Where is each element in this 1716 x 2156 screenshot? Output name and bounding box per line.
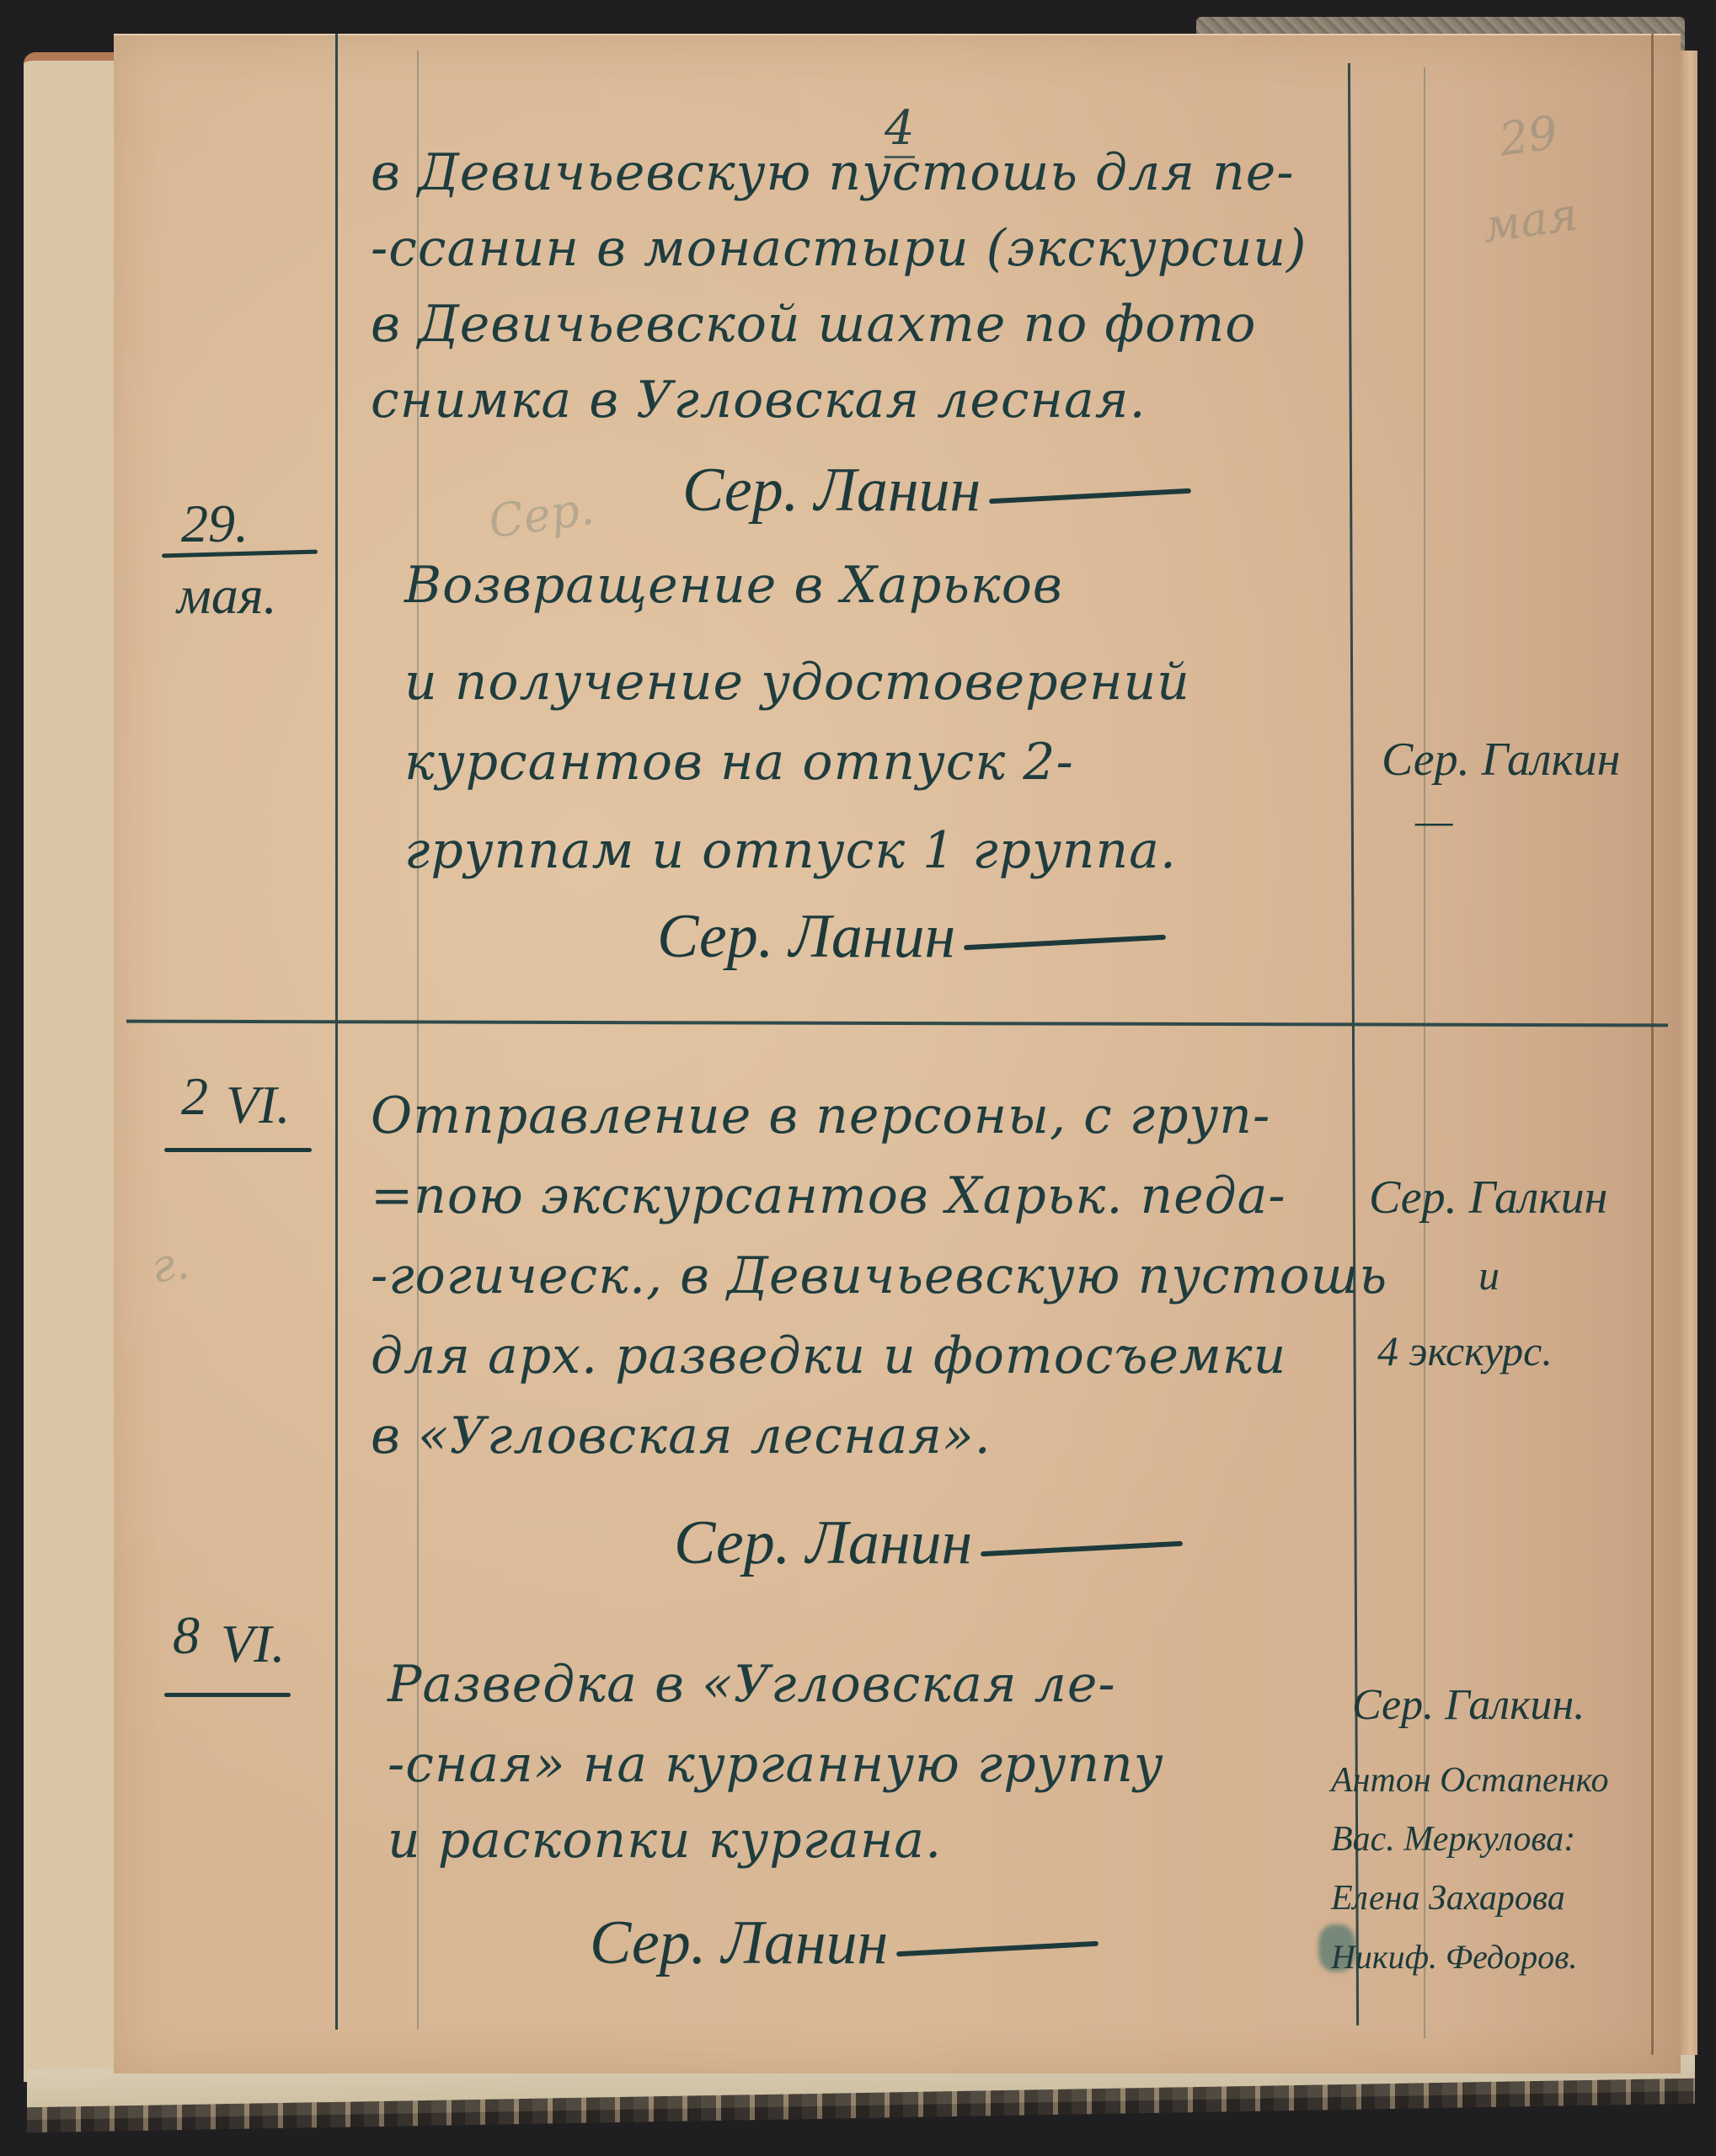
signature-flourish (989, 488, 1191, 504)
entry-line: группам и отпуск 1 группа. (404, 821, 1177, 880)
participant-name: Сер. Галкин (1369, 1171, 1607, 1225)
participant-name: Вас. Меркулова: (1331, 1819, 1575, 1860)
participant-name: Сер. Галкин (1382, 733, 1620, 787)
date-underline (164, 1148, 312, 1152)
pencil-mark: 29 (1496, 106, 1561, 167)
entry-line: Возвращение в Харьков (404, 556, 1063, 615)
pencil-mark: г. (148, 1235, 193, 1294)
signature-flourish (981, 1541, 1183, 1557)
signature-text: Сер. Ланин (674, 1508, 972, 1577)
date-underline (164, 1693, 291, 1697)
entry-line: и раскопки кургана. (388, 1811, 942, 1870)
entry-line: =пою экскурсантов Харьк. педа- (371, 1166, 1286, 1225)
participant-name: Антон Остапенко (1331, 1760, 1609, 1801)
entry-line: -гогическ., в Девичьевскую пустошь (371, 1246, 1387, 1305)
entry-date-day: 29. (181, 493, 249, 555)
entry-date-day: 8 (173, 1604, 200, 1667)
page-gutter (1681, 51, 1697, 2055)
participant-name: Елена Захарова (1331, 1878, 1565, 1919)
participant-conjunction: и (1478, 1251, 1499, 1299)
entry-date-month: мая. (177, 564, 277, 627)
signature: Сер. Ланин (657, 901, 1166, 973)
participant-name: Сер. Галкин. (1352, 1680, 1585, 1730)
entry-line: в «Угловская лесная». (371, 1406, 992, 1465)
participant-name: 4 экскурс. (1377, 1326, 1553, 1375)
signature: Сер. Ланин (590, 1908, 1099, 1979)
signature-flourish (964, 935, 1166, 951)
signature: Сер. Ланин (674, 1508, 1183, 1579)
entry-line: -ссанин в монастыри (экскурсии) (371, 219, 1307, 278)
signature-flourish (896, 1941, 1099, 1957)
entry-line: Разведка в «Угловская ле- (388, 1655, 1116, 1714)
entry-line: -сная» на курганную группу (388, 1735, 1164, 1794)
entry-line: курсантов на отпуск 2- (404, 733, 1074, 792)
entry-line: снимка в Угловская лесная. (371, 371, 1147, 430)
entry-line: Отправление в персоны, с груп- (371, 1086, 1270, 1145)
entry-line: и получение удостоверений (404, 653, 1190, 712)
entry-line: в Девичьевскую пустошь для пе- (371, 143, 1295, 202)
entry-line: в Девичьевской шахте по фото (371, 295, 1256, 354)
date-column-rule (335, 34, 338, 2030)
entry-date-month: VI. (221, 1613, 285, 1675)
participant-dash: — (1415, 796, 1452, 845)
gutter-crease (1651, 34, 1654, 2055)
entry-date-day: 2 (181, 1065, 208, 1128)
entry-line: для арх. разведки и фотосъемки (371, 1326, 1286, 1385)
signature: Сер. Ланин (682, 455, 1191, 526)
signature-text: Сер. Ланин (590, 1908, 888, 1977)
participant-name: Никиф. Федоров. (1331, 1937, 1578, 1977)
entry-date-month: VI. (226, 1074, 290, 1136)
signature-text: Сер. Ланин (657, 902, 955, 971)
signature-text: Сер. Ланин (682, 456, 981, 525)
participants-pencil-rule (1424, 67, 1425, 2038)
